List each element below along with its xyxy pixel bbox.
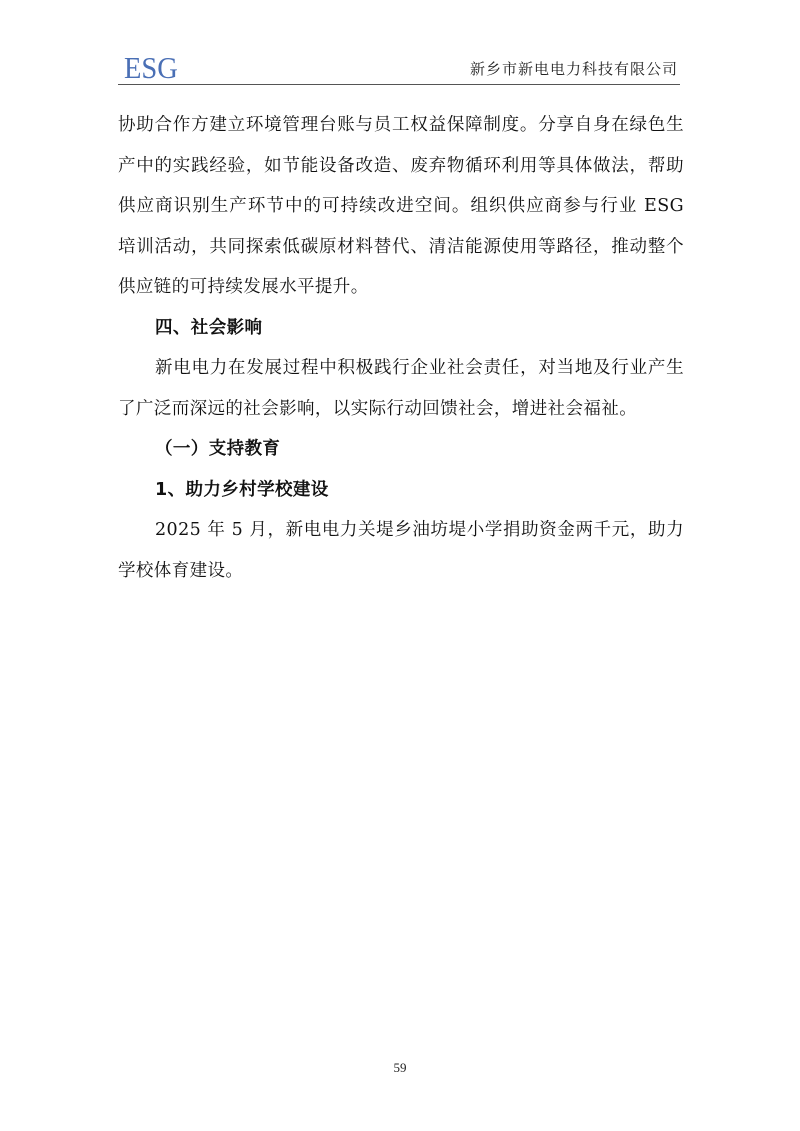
esg-logo: ESG xyxy=(124,52,178,84)
item-heading: 1、助力乡村学校建设 xyxy=(118,470,684,511)
paragraph-continuation: 协助合作方建立环境管理台账与员工权益保障制度。分享自身在绿色生产中的实践经验，如… xyxy=(118,105,684,308)
page-header: ESG 新乡市新电电力科技有限公司 xyxy=(118,50,680,85)
subsection-heading: （一）支持教育 xyxy=(118,429,684,470)
page-number: 59 xyxy=(0,1060,800,1076)
document-body: 协助合作方建立环境管理台账与员工权益保障制度。分享自身在绿色生产中的实践经验，如… xyxy=(118,105,684,591)
item-body-paragraph: 2025 年 5 月，新电电力关堤乡油坊堤小学捐助资金两千元，助力学校体育建设。 xyxy=(118,510,684,591)
header-company-name: 新乡市新电电力科技有限公司 xyxy=(470,60,678,78)
section-intro-paragraph: 新电电力在发展过程中积极践行企业社会责任，对当地及行业产生了广泛而深远的社会影响… xyxy=(118,348,684,429)
section-heading: 四、社会影响 xyxy=(118,308,684,349)
